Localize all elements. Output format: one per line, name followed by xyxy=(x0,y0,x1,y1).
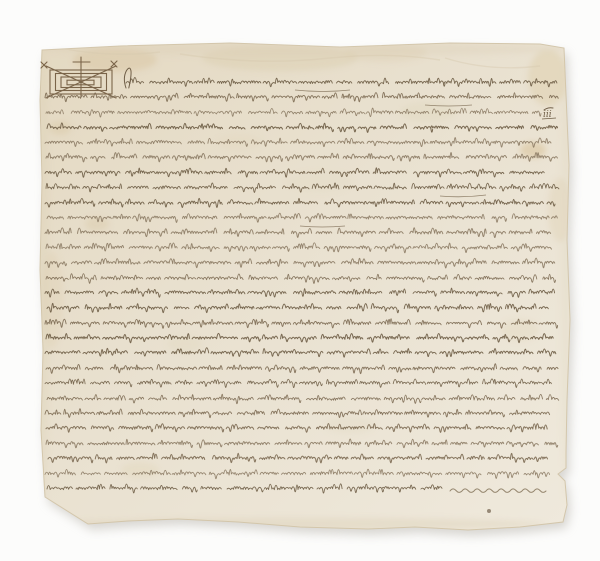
manuscript-svg: iii xyxy=(0,0,600,561)
stain xyxy=(325,416,375,434)
stain xyxy=(121,462,159,478)
manuscript-photo: iii xyxy=(0,0,600,561)
stain xyxy=(168,336,202,352)
stain xyxy=(37,45,49,515)
ink-dot xyxy=(487,509,491,513)
